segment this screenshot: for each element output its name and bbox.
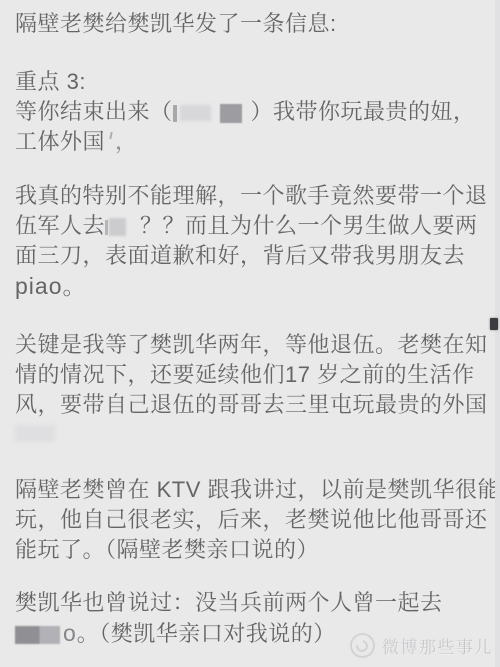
ktv-line2: 玩，他自己很老实，后来，老樊说他比他哥哥还: [15, 505, 495, 535]
ktv-paragraph: 隔壁老樊曾在 KTV 跟我讲过，以前是樊凯华很能 玩，他自己很老实，后来，老樊说…: [15, 475, 495, 565]
partially-erased-letter: o: [63, 620, 77, 646]
ktv-line1: 隔壁老樊曾在 KTV 跟我讲过，以前是樊凯华很能: [15, 475, 495, 505]
watermark-label: 微博那些事儿: [382, 633, 493, 658]
post-text-content: 隔壁老樊给樊凯华发了一条信息: 重点 3: 等你结束出来（）我带你玩最贵的妞， …: [0, 0, 500, 667]
point3-line1: 等你结束出来（）我带你玩最贵的妞，: [15, 97, 495, 127]
text-segment: 工体外国: [15, 129, 105, 154]
confusion-line3: 面三刀，表面道歉和好，背后又带我男朋友去: [15, 241, 495, 271]
photo-edge-strip: [495, 0, 500, 667]
intro-paragraph: 隔壁老樊给樊凯华发了一条信息:: [15, 9, 495, 39]
text-segment: 等你结束出来（: [15, 99, 173, 124]
text-segment: 伍军人去: [15, 213, 105, 238]
faint-comma: ，: [115, 129, 138, 154]
redaction-blur-block: [109, 218, 126, 236]
text-post-photo: 隔壁老樊给樊凯华发了一条信息: 重点 3: 等你结束出来（）我带你玩最贵的妞， …: [0, 0, 500, 667]
text-segment: 。（樊凯华亲口对我说的）: [77, 621, 336, 646]
redaction-gray-square: [220, 104, 242, 123]
waiting-paragraph: 关键是我等了樊凯华两年，等他退伍。老樊在知 情的情况下，还要延续他们17 岁之前…: [15, 330, 495, 442]
redaction-blur-block: [180, 105, 211, 121]
text-segment: ？？而且为什么一个男生做人要两: [140, 213, 478, 238]
waiting-line3: 风，要带自己退伍的哥哥去三里屯玩最贵的外国: [15, 390, 495, 420]
intro-line: 隔壁老樊给樊凯华发了一条信息:: [15, 9, 495, 39]
weibo-gossip-logo-icon: [350, 633, 375, 658]
confusion-line4: piao。: [15, 271, 495, 301]
redaction-faint-block: [15, 425, 55, 442]
waiting-line2: 情的情况下，还要延续他们17 岁之前的生活作: [15, 360, 495, 390]
confusion-paragraph: 我真的特别不能理解，一个歌手竟然要带一个退 伍军人去？？而且为什么一个男生做人要…: [15, 181, 495, 301]
ktv-line3: 能玩了。（隔壁老樊亲口说的）: [15, 535, 495, 565]
erased-word-mark: [109, 132, 112, 139]
point3-line2: 工体外国，: [15, 127, 495, 157]
point3-header: 重点 3:: [15, 67, 495, 97]
waiting-line1: 关键是我等了樊凯华两年，等他退伍。老樊在知: [15, 330, 495, 360]
redacted-partial-char: [105, 220, 108, 235]
photo-edge-dark-mark: [490, 318, 498, 330]
redacted-partial-char: [173, 105, 177, 122]
text-segment: ）我带你玩最贵的妞，: [251, 99, 476, 124]
point3-paragraph: 重点 3: 等你结束出来（）我带你玩最贵的妞， 工体外国，: [15, 67, 495, 157]
redaction-dark-block: [15, 626, 60, 644]
confess-line1: 樊凯华也曾说过：没当兵前两个人曾一起去: [15, 588, 495, 618]
watermark: 微博那些事儿: [350, 633, 493, 658]
confusion-line1: 我真的特别不能理解，一个歌手竟然要带一个退: [15, 181, 495, 211]
confusion-line2: 伍军人去？？而且为什么一个男生做人要两: [15, 211, 495, 241]
